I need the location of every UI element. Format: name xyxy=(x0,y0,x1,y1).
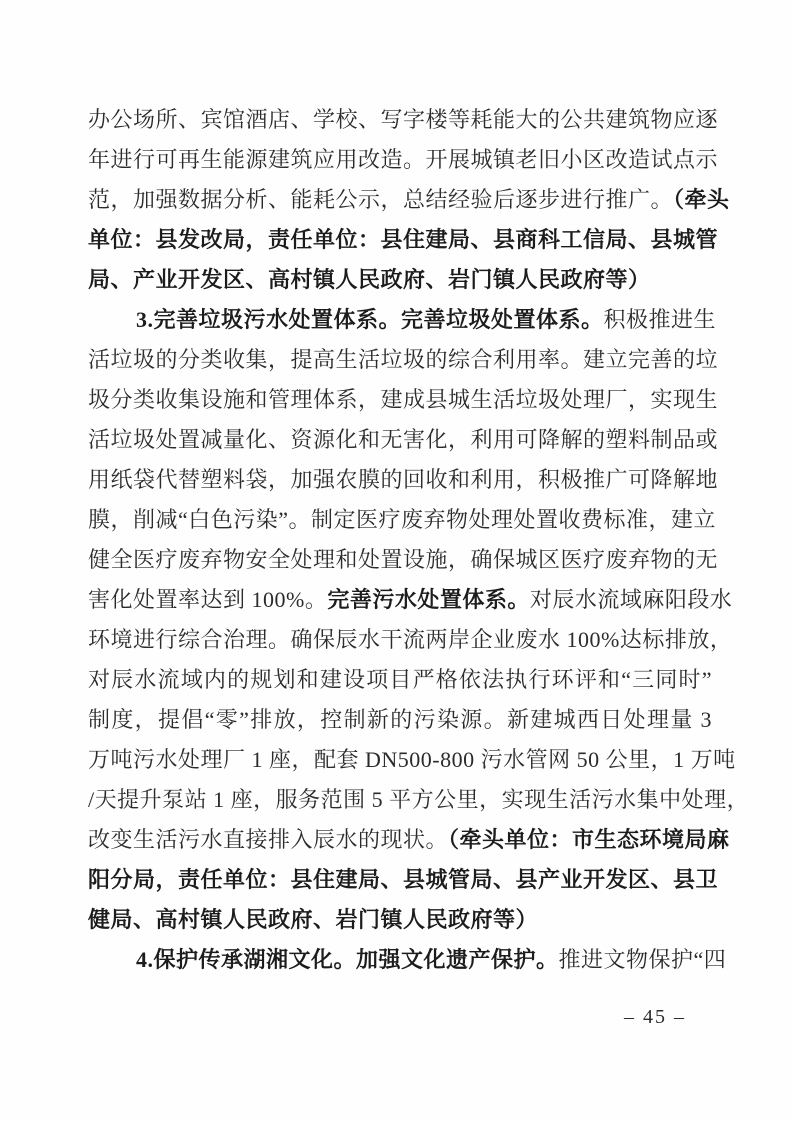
body-text: 环境进行综合治理。确保辰水干流两岸企业废水 100%达标排放， xyxy=(88,627,732,652)
emphasis-text: 阳分局，责任单位：县住建局、县城管局、县产业开发区、县卫 xyxy=(88,867,718,892)
text-line: 环境进行综合治理。确保辰水干流两岸企业废水 100%达标排放， xyxy=(88,620,712,660)
emphasis-text: 3.完善垃圾污水处置体系。完善垃圾处置体系。 xyxy=(136,307,604,332)
text-line: 年进行可再生能源建筑应用改造。开展城镇老旧小区改造试点示 xyxy=(88,140,712,180)
text-line: 健全医疗废弃物安全处理和处置设施，确保城区医疗废弃物的无 xyxy=(88,540,712,580)
text-line: 4.保护传承湖湘文化。加强文化遗产保护。推进文物保护“四 xyxy=(88,940,712,980)
body-text: 万吨污水处理厂 1 座，配套 DN500-800 污水管网 50 公里，1 万吨 xyxy=(88,747,736,772)
body-text: 办公场所、宾馆酒店、学校、写字楼等耗能大的公共建筑物应逐 xyxy=(88,107,718,132)
text-line: /天提升泵站 1 座，服务范围 5 平方公里，实现生活污水集中处理， xyxy=(88,780,712,820)
body-text: 活垃圾的分类收集，提高生活垃圾的综合利用率。建立完善的垃 xyxy=(88,347,718,372)
text-line: 局、产业开发区、高村镇人民政府、岩门镇人民政府等） xyxy=(88,260,712,300)
body-text: 活垃圾处置减量化、资源化和无害化，利用可降解的塑料制品或 xyxy=(88,427,718,452)
emphasis-text: 健局、高村镇人民政府、岩门镇人民政府等） xyxy=(88,907,538,932)
text-line: 办公场所、宾馆酒店、学校、写字楼等耗能大的公共建筑物应逐 xyxy=(88,100,712,140)
text-line: 活垃圾的分类收集，提高生活垃圾的综合利用率。建立完善的垃 xyxy=(88,340,712,380)
body-text: 膜，削减“白色污染”。制定医疗废弃物处理处置收费标准，建立 xyxy=(88,507,716,532)
body-text: 年进行可再生能源建筑应用改造。开展城镇老旧小区改造试点示 xyxy=(88,147,718,172)
text-line: 改变生活污水直接排入辰水的现状。（牵头单位：市生态环境局麻 xyxy=(88,820,712,860)
emphasis-text: （牵头单位：市生态环境局麻 xyxy=(448,827,730,852)
text-line: 对辰水流域内的规划和建设项目严格依法执行环评和“三同时” xyxy=(88,660,712,700)
body-text: 范，加强数据分析、能耗公示，总结经验后逐步进行推广。 xyxy=(88,187,673,212)
document-page: 办公场所、宾馆酒店、学校、写字楼等耗能大的公共建筑物应逐年进行可再生能源建筑应用… xyxy=(0,0,793,1122)
text-line: 单位：县发改局，责任单位：县住建局、县商科工信局、县城管 xyxy=(88,220,712,260)
body-text: 健全医疗废弃物安全处理和处置设施，确保城区医疗废弃物的无 xyxy=(88,547,718,572)
text-line: 健局、高村镇人民政府、岩门镇人民政府等） xyxy=(88,900,712,940)
emphasis-text: 4.保护传承湖湘文化。加强文化遗产保护。 xyxy=(136,947,559,972)
text-line: 范，加强数据分析、能耗公示，总结经验后逐步进行推广。（牵头 xyxy=(88,180,712,220)
text-line: 膜，削减“白色污染”。制定医疗废弃物处理处置收费标准，建立 xyxy=(88,500,712,540)
emphasis-text: 完善污水处置体系。 xyxy=(327,587,530,612)
text-line: 害化处置率达到 100%。完善污水处置体系。对辰水流域麻阳段水 xyxy=(88,580,712,620)
body-text: 改变生活污水直接排入辰水的现状。 xyxy=(88,827,448,852)
text-line: 制度，提倡“零”排放，控制新的污染源。新建城西日处理量 3 xyxy=(88,700,712,740)
text-line: 3.完善垃圾污水处置体系。完善垃圾处置体系。积极推进生 xyxy=(88,300,712,340)
body-text: /天提升泵站 1 座，服务范围 5 平方公里，实现生活污水集中处理， xyxy=(88,787,749,812)
body-text: 用纸袋代替塑料袋，加强农膜的回收和利用，积极推广可降解地 xyxy=(88,467,718,492)
body-text: 圾分类收集设施和管理体系，建成县城生活垃圾处理厂，实现生 xyxy=(88,387,718,412)
body-text: 推进文物保护“四 xyxy=(559,947,727,972)
body-text: 积极推进生 xyxy=(604,307,717,332)
body-text: 制度，提倡“零”排放，控制新的污染源。新建城西日处理量 3 xyxy=(88,707,712,732)
text-line: 万吨污水处理厂 1 座，配套 DN500-800 污水管网 50 公里，1 万吨 xyxy=(88,740,712,780)
text-line: 圾分类收集设施和管理体系，建成县城生活垃圾处理厂，实现生 xyxy=(88,380,712,420)
text-line: 用纸袋代替塑料袋，加强农膜的回收和利用，积极推广可降解地 xyxy=(88,460,712,500)
emphasis-text: （牵头 xyxy=(673,187,730,212)
emphasis-text: 局、产业开发区、高村镇人民政府、岩门镇人民政府等） xyxy=(88,267,651,292)
page-number: – 45 – xyxy=(615,1002,695,1032)
text-line: 阳分局，责任单位：县住建局、县城管局、县产业开发区、县卫 xyxy=(88,860,712,900)
body-text: 对辰水流域内的规划和建设项目严格依法执行环评和“三同时” xyxy=(88,667,712,692)
body-text: 对辰水流域麻阳段水 xyxy=(530,587,733,612)
document-body: 办公场所、宾馆酒店、学校、写字楼等耗能大的公共建筑物应逐年进行可再生能源建筑应用… xyxy=(88,100,712,980)
text-line: 活垃圾处置减量化、资源化和无害化，利用可降解的塑料制品或 xyxy=(88,420,712,460)
body-text: 害化处置率达到 100%。 xyxy=(88,587,327,612)
emphasis-text: 单位：县发改局，责任单位：县住建局、县商科工信局、县城管 xyxy=(88,227,718,252)
